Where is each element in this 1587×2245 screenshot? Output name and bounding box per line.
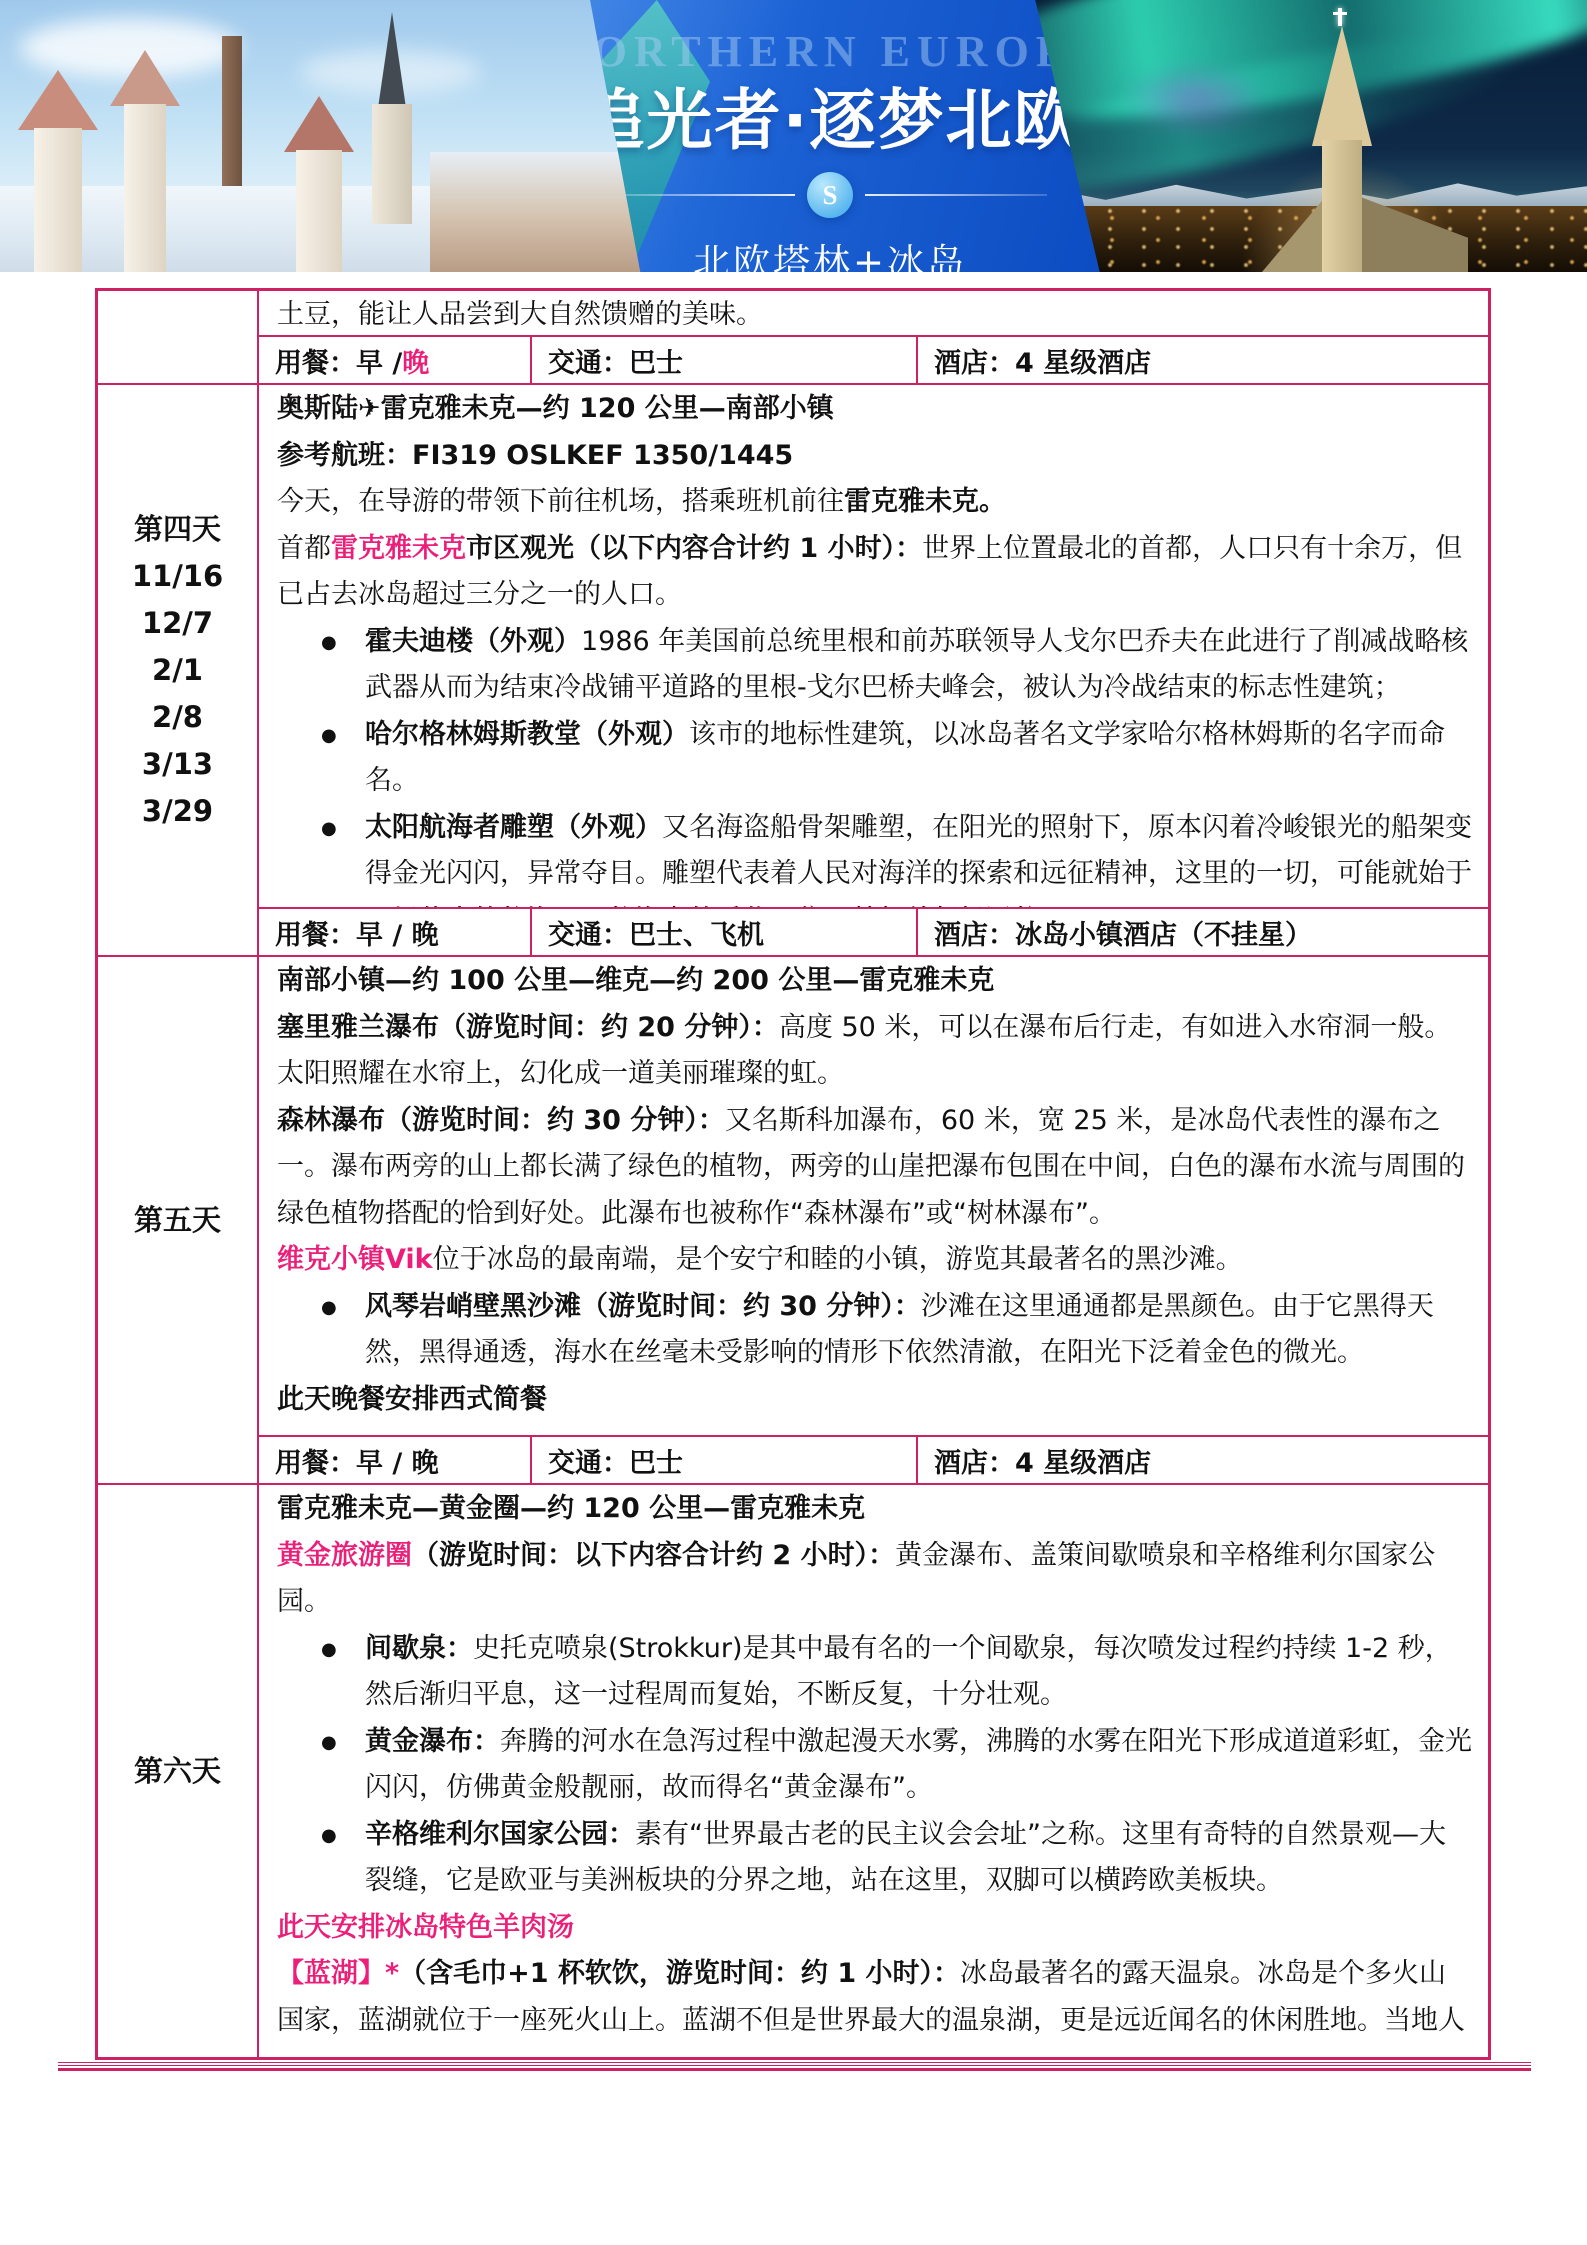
day-date: 11/16: [132, 553, 223, 600]
bullet-item: 黄金瀑布：奔腾的河水在急泻过程中激起漫天水雾，沸腾的水雾在阳光下形成道道彩虹，金…: [277, 1719, 1472, 1812]
route-line: 奥斯陆✈雷克雅未克—约 120 公里—南部小镇: [277, 386, 1472, 433]
route-text: 南部小镇—约 100 公里—维克—约 200 公里—雷克雅未克: [277, 965, 994, 996]
meal-row: 用餐：早 / 晚 交通：巴士 酒店：4 星级酒店: [259, 335, 1488, 383]
meal-dinner-highlight: 晚: [402, 341, 429, 380]
hallgrimskirkja-body-shape: [1322, 140, 1362, 272]
table-row-day4: 第四天 11/16 12/7 2/1 2/8 3/13 3/29 奥斯陆✈雷克雅…: [98, 383, 1488, 955]
hallgrimskirkja-spire-shape: [1312, 26, 1372, 146]
divider-line: [613, 194, 795, 196]
paragraph: 今天，在导游的带领下前往机场，搭乘班机前往雷克雅未克。: [277, 479, 1472, 526]
s-logo-badge: S: [807, 172, 853, 218]
meal-label: 用餐：早 /: [275, 341, 402, 380]
day-date: 3/29: [142, 788, 213, 835]
paragraph: 森林瀑布（游览时间：约 30 分钟）：又名斯科加瀑布，60 米，宽 25 米，是…: [277, 1098, 1472, 1238]
tower-roof-shape: [18, 70, 98, 130]
church-spire-shape: [378, 12, 406, 108]
day3-tail-text: 土豆，能让人品尝到大自然馈赠的美味。: [277, 299, 763, 330]
flight-line: 参考航班：FI319 OSLKEF 1350/1445: [277, 433, 1472, 480]
meal-row: 用餐：早 / 晚 交通：巴士 酒店：4 星级酒店: [259, 1435, 1488, 1483]
page-break-line: [58, 2065, 1531, 2066]
lamb-soup-note: 此天安排冰岛特色羊肉汤: [277, 1905, 1472, 1952]
meal-row: 用餐：早 / 晚 交通：巴士、飞机 酒店：冰岛小镇酒店（不挂星）: [259, 907, 1488, 955]
table-row-day5: 第五天 南部小镇—约 100 公里—维克—约 200 公里—雷克雅未克 塞里雅兰…: [98, 955, 1488, 1483]
hotel-cell: 酒店：4 星级酒店: [916, 1437, 1488, 1483]
hotel-cell: 酒店：冰岛小镇酒店（不挂星）: [916, 909, 1488, 955]
banner-title: 追光者·逐梦北欧: [550, 67, 1110, 162]
day-date: 2/8: [152, 694, 203, 741]
bullet-item: 间歇泉：史托克喷泉(Strokkur)是其中最有名的一个间歇泉，每次喷发过程约持…: [277, 1626, 1472, 1719]
route-text: 雷克雅未克—黄金圈—约 120 公里—雷克雅未克: [277, 1493, 865, 1524]
bullet-item: 霍夫迪楼（外观）1986 年美国前总统里根和前苏联领导人戈尔巴乔夫在此进行了削减…: [277, 619, 1472, 712]
bullet-item: 哈尔格林姆斯教堂（外观）该市的地标性建筑，以冰岛著名文学家哈尔格林姆斯的名字而命…: [277, 712, 1472, 805]
day4-content: 奥斯陆✈雷克雅未克—约 120 公里—南部小镇 参考航班：FI319 OSLKE…: [259, 385, 1488, 907]
day-cell-empty: [98, 291, 259, 383]
dinner-note: 此天晚餐安排西式简餐: [277, 1377, 1472, 1424]
page-break-rule: [58, 2062, 1531, 2071]
bullet-item: 太阳航海者雕塑（外观）又名海盗船骨架雕塑，在阳光的照射下，原本闪着冷峻银光的船架…: [277, 805, 1472, 908]
hotel-cell: 酒店：4 星级酒店: [916, 337, 1488, 383]
route-line: 雷克雅未克—黄金圈—约 120 公里—雷克雅未克: [277, 1486, 1472, 1533]
day5-content: 南部小镇—约 100 公里—维克—约 200 公里—雷克雅未克 塞里雅兰瀑布（游…: [259, 957, 1488, 1435]
banner-photo-tallinn: [0, 0, 700, 272]
blue-lagoon-paragraph: 【蓝湖】*（含毛巾+1 杯软饮，游览时间：约 1 小时）：冰岛最著名的露天温泉。…: [277, 1951, 1472, 2044]
day-date: 12/7: [142, 600, 213, 647]
table-row-day3-continuation: 土豆，能让人品尝到大自然馈赠的美味。 用餐：早 / 晚 交通：巴士 酒店：4 星…: [98, 291, 1488, 383]
day4-label-cell: 第四天 11/16 12/7 2/1 2/8 3/13 3/29: [98, 385, 259, 955]
meal-cell: 用餐：早 / 晚: [259, 337, 530, 383]
church-tower-shape: [372, 104, 412, 224]
day-label: 第五天: [134, 1197, 221, 1244]
tower-shape: [296, 150, 342, 272]
meal-cell: 用餐：早 / 晚: [259, 909, 530, 955]
day-date: 3/13: [142, 741, 213, 788]
tower-roof-shape: [110, 50, 180, 106]
itinerary-table: 土豆，能让人品尝到大自然馈赠的美味。 用餐：早 / 晚 交通：巴士 酒店：4 星…: [95, 288, 1491, 2060]
banner-divider: S: [550, 172, 1110, 218]
banner-watermark: NORTHERN EUROPE: [550, 26, 1110, 77]
day-label: 第六天: [134, 1748, 221, 1795]
day5-label-cell: 第五天: [98, 957, 259, 1483]
day-date: 2/1: [152, 647, 203, 694]
page-break-line: [58, 2068, 1531, 2071]
flight-text: 参考航班：FI319 OSLKEF 1350/1445: [277, 440, 793, 471]
paragraph: 黄金旅游圈（游览时间：以下内容合计约 2 小时）：黄金瀑布、盖策间歇喷泉和辛格维…: [277, 1533, 1472, 1626]
paragraph: 首都雷克雅未克市区观光（以下内容合计约 1 小时）：世界上位置最北的首都，人口只…: [277, 526, 1472, 619]
tower-shape: [34, 128, 82, 272]
banner: NORTHERN EUROPE 追光者·逐梦北欧 S 北欧塔林+冰岛: [0, 0, 1587, 272]
paragraph: 维克小镇Vik位于冰岛的最南端，是个安宁和睦的小镇，游览其最著名的黑沙滩。: [277, 1237, 1472, 1284]
tower-shape: [124, 104, 166, 272]
day-label: 第四天: [134, 506, 221, 553]
meal-cell: 用餐：早 / 晚: [259, 1437, 530, 1483]
chimney-shape: [222, 36, 242, 186]
bullet-item: 风琴岩峭壁黑沙滩（游览时间：约 30 分钟）：沙滩在这里通通都是黑颜色。由于它黑…: [277, 1284, 1472, 1377]
route-text: 奥斯陆✈雷克雅未克—约 120 公里—南部小镇: [277, 393, 834, 424]
divider-line: [865, 194, 1047, 196]
tower-roof-shape: [284, 96, 354, 152]
table-row-day6: 第六天 雷克雅未克—黄金圈—约 120 公里—雷克雅未克 黄金旅游圈（游览时间：…: [98, 1483, 1488, 2057]
day6-content: 雷克雅未克—黄金圈—约 120 公里—雷克雅未克 黄金旅游圈（游览时间：以下内容…: [259, 1485, 1488, 2057]
church-cross-shape: [1338, 8, 1342, 26]
paragraph: 塞里雅兰瀑布（游览时间：约 20 分钟）：高度 50 米，可以在瀑布后行走，有如…: [277, 1005, 1472, 1098]
day6-label-cell: 第六天: [98, 1485, 259, 2057]
s-logo-letter: S: [822, 180, 837, 211]
transport-cell: 交通：巴士: [530, 337, 916, 383]
day3-content: 土豆，能让人品尝到大自然馈赠的美味。: [259, 291, 1488, 335]
aurora-purple-patch: [1120, 64, 1270, 134]
page-break-line: [58, 2062, 1531, 2063]
route-line: 南部小镇—约 100 公里—维克—约 200 公里—雷克雅未克: [277, 958, 1472, 1005]
transport-cell: 交通：巴士: [530, 1437, 916, 1483]
transport-cell: 交通：巴士、飞机: [530, 909, 916, 955]
bullet-item: 辛格维利尔国家公园：素有“世界最古老的民主议会会址”之称。这里有奇特的自然景观—…: [277, 1812, 1472, 1905]
paragraph: 土豆，能让人品尝到大自然馈赠的美味。: [277, 292, 1472, 335]
